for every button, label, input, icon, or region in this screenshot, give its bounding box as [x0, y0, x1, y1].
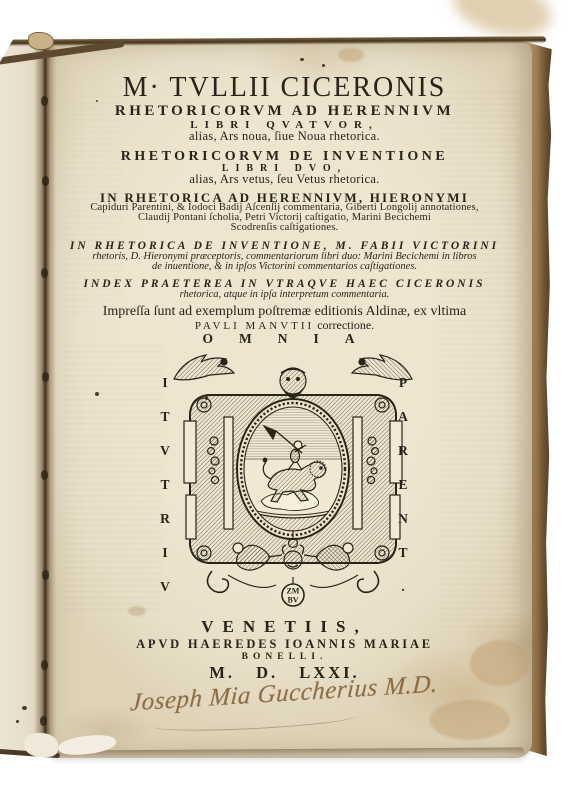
impressum-correctione: correctione. [314, 318, 374, 332]
imprint-place: VENETIIS, [58, 617, 511, 637]
stitch [40, 716, 47, 726]
motto-letter: V [160, 580, 170, 594]
herennium-line-4: Scodrenſis caſtigationes. [58, 222, 511, 233]
stitch [41, 268, 48, 278]
motto-letter: V [160, 444, 170, 458]
foxing-spot [338, 48, 364, 62]
inventione-line-3: de inuentione, & in ipſos Victorini comm… [58, 261, 511, 272]
motto-letter: T [398, 546, 407, 560]
title-line-1: M· TVLLII CICERONIS [58, 72, 511, 104]
motto-letter: T [160, 478, 169, 492]
stitch [41, 470, 48, 480]
stitch [42, 570, 49, 580]
binding-headcap [28, 32, 54, 50]
eagle-left-icon [174, 355, 234, 380]
stitch [41, 660, 48, 670]
motto-letter: E [398, 478, 407, 492]
foxing-spot [430, 700, 510, 740]
motto-letter: I [162, 376, 167, 390]
title-line-4: alias, Ars noua, ſiue Noua rhetorica. [58, 129, 511, 144]
imprint-publisher-2: BONELLI. [58, 652, 511, 662]
motto-letter: . [401, 580, 404, 594]
motto-letter: N [398, 512, 408, 526]
ink-speck [16, 720, 19, 723]
monogram-shield: ZM BV [282, 577, 304, 606]
ink-speck [300, 58, 304, 61]
stitch [42, 176, 49, 186]
motto-letter: R [160, 512, 170, 526]
monogram-bottom-letters: BV [287, 596, 298, 605]
mask-top-icon [280, 368, 306, 398]
motto-letter: A [398, 410, 408, 424]
index-line-2: rhetorica, atque in ipſa interpretum com… [58, 289, 511, 300]
text-show-through [62, 345, 162, 615]
motto-letter: T [160, 410, 169, 424]
motto-letter: R [398, 444, 408, 458]
stitch [41, 96, 48, 106]
motto-letter: I [162, 546, 167, 560]
motto-letter: P [399, 376, 407, 390]
device-motto-parent: PARENT. [392, 376, 414, 594]
stitch [42, 372, 49, 382]
title-line-2: RHETORICORVM AD HERENNIVM [58, 103, 511, 120]
device-motto-omnia: OMNIA [58, 331, 511, 347]
gutter-worn-flap [24, 733, 58, 757]
book-photo: M· TVLLII CICERONIS RHETORICORVM AD HERE… [0, 0, 577, 800]
ink-speck [22, 706, 27, 710]
book-gutter [34, 40, 56, 756]
monogram-top-letters: ZM [287, 587, 300, 596]
printer-device-woodcut: ZM BV [168, 349, 418, 613]
device-motto-virtuti: ITVTRIV [154, 376, 176, 594]
second-title-line-3: alias, Ars vetus, ſeu Vetus rhetorica. [58, 172, 511, 187]
ink-speck [322, 64, 325, 67]
imprint-publisher-1: APVD HAEREDES IOANNIS MARIAE [58, 637, 511, 652]
